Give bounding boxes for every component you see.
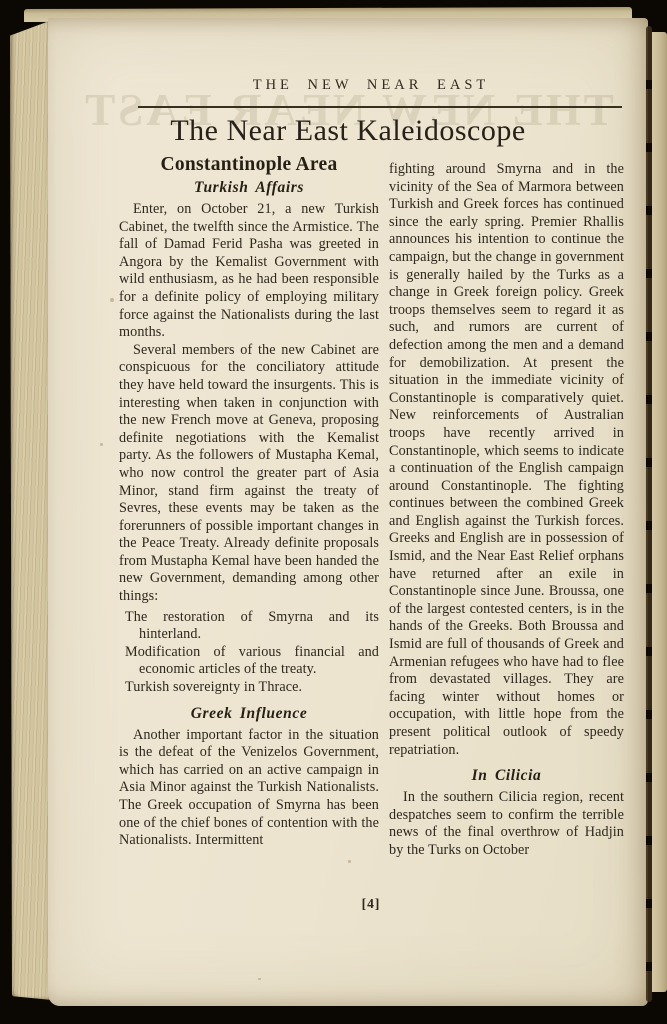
paragraph-continuation: fighting around Smyrna and in the vicini… <box>389 161 624 759</box>
book-page-scan: THE NEW NEAR EAST THE NEW NEAR EAST The … <box>0 0 667 1024</box>
subheading-in-cilicia: In Cilicia <box>389 766 624 785</box>
paragraph-turkish-affairs-1: Enter, on October 21, a new Turkish Cabi… <box>119 201 379 342</box>
page-number: [4] <box>120 896 622 912</box>
paragraph-in-cilicia: In the southern Cilicia region, recent d… <box>389 789 624 859</box>
scan-speck <box>348 860 351 863</box>
left-column: Constantinople Area Turkish Affairs Ente… <box>119 154 379 850</box>
section-heading-constantinople-area: Constantinople Area <box>119 154 379 176</box>
header-rule <box>138 106 622 108</box>
scan-speck <box>258 978 261 980</box>
right-column: fighting around Smyrna and in the vicini… <box>389 161 624 860</box>
article-title: The Near East Kaleidoscope <box>66 114 630 148</box>
paragraph-turkish-affairs-2: Several members of the new Cabinet are c… <box>119 342 379 606</box>
subheading-turkish-affairs: Turkish Affairs <box>119 178 379 197</box>
running-head: THE NEW NEAR EAST <box>120 77 622 94</box>
subheading-greek-influence: Greek Influence <box>119 704 379 723</box>
scan-speck <box>100 443 103 446</box>
adjacent-page-edge <box>652 32 667 992</box>
demand-item: The restoration of Smyrna and its hinter… <box>119 609 379 644</box>
demand-item: Turkish sovereignty in Thrace. <box>119 679 379 697</box>
demands-list: The restoration of Smyrna and its hinter… <box>119 609 379 697</box>
scan-speck <box>110 298 114 302</box>
page: THE NEW NEAR EAST THE NEW NEAR EAST The … <box>48 18 648 1006</box>
paragraph-greek-influence: Another important factor in the situatio… <box>119 727 379 850</box>
demand-item: Modification of various financial and ec… <box>119 644 379 679</box>
page-stack-edge <box>10 20 52 1000</box>
